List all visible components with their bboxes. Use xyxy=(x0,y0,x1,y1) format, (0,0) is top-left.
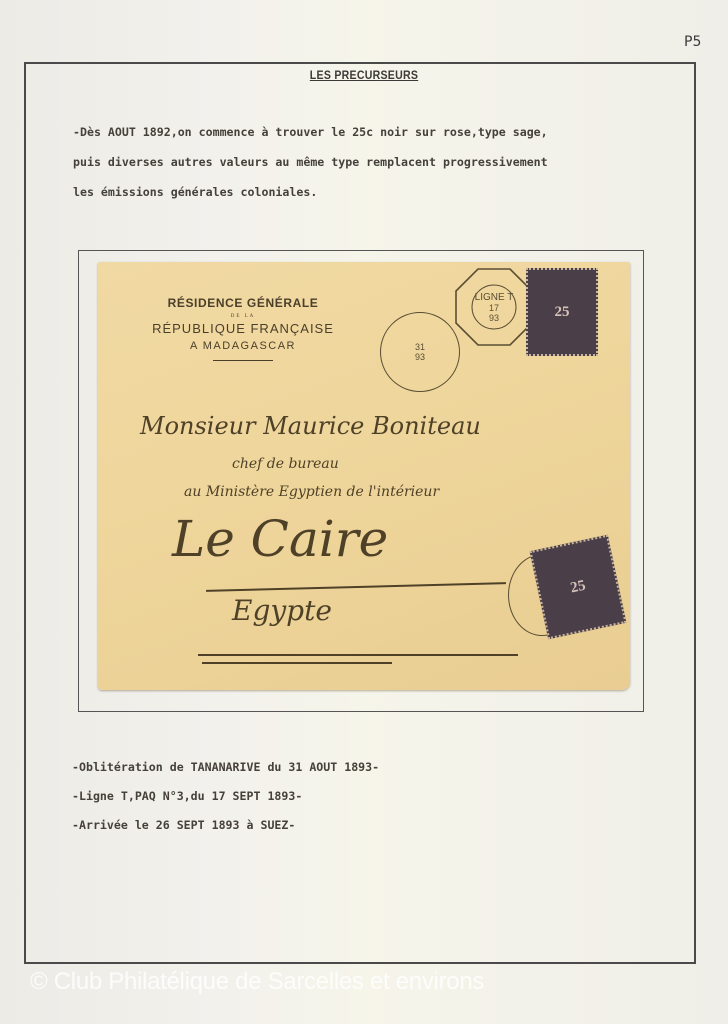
copyright-watermark: © Club Philatélique de Sarcelles et envi… xyxy=(30,968,484,996)
note-line: -Ligne T,PAQ N°3,du 17 SEPT 1893- xyxy=(72,782,379,811)
ligne-postmark-text: LIGNE T 17 93 xyxy=(455,268,533,346)
tananarive-postmark: 31 93 xyxy=(380,312,460,392)
letterhead-line-2: DE LA xyxy=(130,314,356,319)
letterhead-line-4: A MADAGASCAR xyxy=(130,340,356,352)
intro-line: -Dès AOUT 1892,on commence à trouver le … xyxy=(73,117,693,147)
stamp-sage-25c-top: 25 xyxy=(526,268,598,356)
envelope-letterhead: RÉSIDENCE GÉNÉRALE DE LA RÉPUBLIQUE FRAN… xyxy=(130,296,356,361)
country-underline-2 xyxy=(202,662,392,664)
address-name: Monsieur Maurice Boniteau xyxy=(140,412,481,440)
page-number: P5 xyxy=(684,34,701,50)
stamp-value: 25 xyxy=(555,304,570,321)
postmark-line: LIGNE T xyxy=(475,292,514,303)
stamp-value: 25 xyxy=(569,577,587,597)
postmark-day: 31 xyxy=(415,342,425,352)
country-underline xyxy=(198,654,518,656)
address-line-3: au Ministère Egyptien de l'intérieur xyxy=(184,484,439,500)
postmark-year: 93 xyxy=(415,352,425,362)
note-line: -Oblitération de TANANARIVE du 31 AOUT 1… xyxy=(72,753,379,782)
intro-line: les émissions générales coloniales. xyxy=(73,177,693,207)
postmark-year: 93 xyxy=(489,313,499,323)
address-line-2: chef de bureau xyxy=(232,456,339,472)
letterhead-line-3: RÉPUBLIQUE FRANÇAISE xyxy=(130,321,356,336)
note-line: -Arrivée le 26 SEPT 1893 à SUEZ- xyxy=(72,811,379,840)
letterhead-line-1: RÉSIDENCE GÉNÉRALE xyxy=(130,296,356,310)
address-city: Le Caire xyxy=(172,510,388,568)
address-country: Egypte xyxy=(232,594,332,627)
cover-notes: -Oblitération de TANANARIVE du 31 AOUT 1… xyxy=(72,753,379,840)
postmark-day: 17 xyxy=(489,303,499,313)
intro-text: -Dès AOUT 1892,on commence à trouver le … xyxy=(73,117,693,207)
intro-line: puis diverses autres valeurs au même typ… xyxy=(73,147,693,177)
page-title: LES PRECURSEURS xyxy=(44,68,685,82)
letterhead-ornament xyxy=(213,360,273,361)
